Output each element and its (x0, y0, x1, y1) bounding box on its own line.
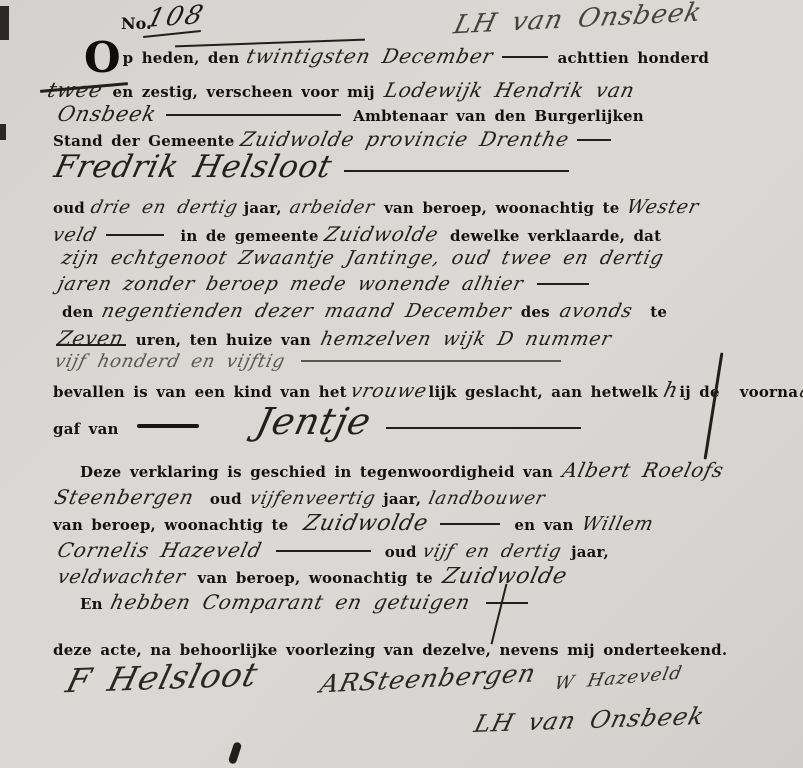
line-municipality-seg-1: Zuidwolde provincie Drenthe (238, 127, 572, 151)
line-child-name-seg-0: gaf van (53, 420, 119, 438)
line-witness2-name-seg-0: Cornelis Hazeveld (55, 538, 264, 562)
line-birthdate-1-seg-3: avonds (557, 300, 635, 322)
line-opening-seg-3 (502, 56, 548, 58)
line-birthdate-2-seg-2: hemzelven wijk D nummer (318, 328, 613, 350)
line-opening-seg-1: p heden, den (123, 49, 240, 67)
line-year: tweeen zestig, verscheen voor mijLodewij… (48, 78, 634, 102)
line-declarant-residence-seg-2: in de gemeente (180, 227, 318, 245)
line-house-number-seg-0: vijf honderd en vijftig (53, 351, 288, 372)
line-witness-intro: Deze verklaring is geschied in tegenwoor… (80, 458, 724, 482)
line-witness1-residence-seg-4: Willem (579, 513, 656, 535)
line-witness1-residence-seg-3: en van (514, 516, 573, 534)
line-closing-1-seg-1: hebben Comparant en getuigen (108, 590, 473, 614)
line-witness1-residence-seg-2 (440, 523, 500, 525)
line-birthdate-1-seg-4: te (650, 303, 667, 321)
line-witness1-details: Steenbergenoudvijfenveertigjaar,landbouw… (55, 485, 545, 509)
line-witness2-name: Cornelis Hazeveldoudvijf en dertigjaar, (58, 538, 609, 562)
line-birthdate-1: dennegentienden dezer maand Decemberdesa… (62, 300, 667, 322)
line-year-seg-2: Lodewijk Hendrik van (382, 78, 637, 102)
signature-registrar-bottom: LH van Onsbeek (471, 702, 707, 738)
line-registrar-name-seg-1 (166, 114, 341, 116)
line-witness1-details-seg-0: Steenbergen (52, 485, 196, 509)
line-closing-2: deze acte, na behoorlijke voorlezing van… (53, 640, 727, 659)
line-declarant-name-seg-1 (344, 170, 569, 172)
line-declarant-name: Fredrik Helsloot (55, 149, 569, 185)
line-opening-seg-2: twintigsten December (245, 44, 497, 68)
document-page: No. 108 LH van Onsbeek Op heden, dentwin… (0, 0, 803, 768)
line-mother-1-seg-0: zijn echtgenoot Zwaantje Jantinge, oud t… (59, 247, 666, 269)
line-witness1-details-seg-3: jaar, (383, 490, 421, 508)
signature-registrar-top: LH van Onsbeek (451, 0, 705, 40)
line-mother-2: jaren zonder beroep mede wonende alhier (58, 273, 589, 295)
line-declarant-details-seg-1: drie en dertig (89, 197, 241, 218)
line-witness1-residence-seg-1: Zuidwolde (301, 511, 431, 536)
line-witness-intro-seg-1: Albert Roelofs (560, 458, 726, 482)
line-closing-1-seg-0: En (80, 595, 103, 613)
line-declarant-residence: veldin de gemeenteZuidwoldedewelke verkl… (53, 222, 661, 246)
line-child-sex: bevallen is van een kind van hetvrouweli… (53, 378, 803, 402)
line-registrar-name-seg-2: Ambtenaar van den Burgerlijken (353, 107, 644, 125)
line-declarant-residence-seg-4: dewelke verklaarde, dat (450, 227, 661, 245)
line-birthdate-1-seg-2: des (521, 303, 550, 321)
line-municipality-seg-0: Stand der Gemeente (53, 132, 235, 150)
line-witness1-details-seg-2: vijfenveertig (247, 488, 377, 509)
record-number-value: 108 (144, 0, 208, 34)
line-declarant-residence-seg-3: Zuidwolde (322, 222, 441, 246)
line-declarant-name-seg-0: Fredrik Helsloot (51, 149, 336, 185)
line-opening: Op heden, dentwintigsten Decemberachttie… (84, 44, 709, 68)
line-child-sex-seg-2: lijk geslacht, aan hetwelk (429, 383, 658, 401)
line-declarant-details-seg-4: van beroep, woonachtig te (384, 199, 619, 217)
line-municipality-seg-2 (577, 139, 611, 141)
line-witness1-residence: van beroep, woonachtig teZuidwoldeen van… (53, 511, 653, 536)
line-witness2-name-seg-1 (276, 550, 371, 552)
line-witness1-details-seg-1: oud (210, 490, 242, 508)
line-child-sex-seg-0: bevallen is van een kind van het (53, 383, 347, 401)
line-house-number-seg-1 (301, 360, 561, 362)
line-mother-2-seg-1 (537, 283, 589, 285)
line-witness2-name-seg-3: vijf en dertig (420, 541, 563, 562)
line-opening-seg-0: O (84, 33, 121, 82)
line-birthdate-1-seg-0: den (62, 303, 94, 321)
line-registrar-name: OnsbeekAmbtenaar van den Burgerlijken (58, 102, 644, 126)
line-closing-1-seg-2 (486, 602, 528, 604)
line-child-sex-seg-5: voorna (740, 383, 798, 401)
line-declarant-details-seg-2: jaar, (244, 199, 282, 217)
line-witness2-residence: veldwachtervan beroep, woonachtig teZuid… (58, 564, 567, 589)
line-declarant-residence-seg-0: veld (50, 224, 99, 246)
line-closing-1: Enhebben Comparant en getuigen (80, 590, 528, 614)
line-year-seg-1: en zestig, verscheen voor mij (112, 83, 374, 101)
line-child-sex-seg-6: am (798, 380, 803, 402)
line-mother-2-seg-0: jaren zonder beroep mede wonende alhier (55, 273, 525, 295)
line-declarant-details-seg-3: arbeider (287, 197, 376, 218)
line-declarant-details: ouddrie en dertigjaar,arbeidervan beroep… (53, 196, 699, 218)
line-witness2-name-seg-2: oud (385, 543, 417, 561)
line-declarant-details-seg-0: oud (53, 199, 85, 217)
line-child-name-seg-3 (386, 427, 581, 429)
line-child-name: gaf vanJentje (53, 400, 581, 443)
line-witness-intro-seg-0: Deze verklaring is geschied in tegenwoor… (80, 463, 553, 481)
line-witness1-residence-seg-0: van beroep, woonachtig te (53, 516, 288, 534)
line-municipality: Stand der GemeenteZuidwolde provincie Dr… (53, 127, 611, 151)
pen-underline-zeven (56, 344, 126, 346)
ink-blot-bottom-left (228, 741, 242, 764)
signature-witness-2: W Hazeveld (553, 663, 685, 695)
line-child-name-seg-1 (137, 424, 199, 428)
line-declarant-details-seg-5: Wester (625, 196, 702, 218)
line-birthdate-1-seg-1: negentienden dezer maand December (99, 300, 513, 322)
line-house-number: vijf honderd en vijftig (55, 351, 561, 372)
line-birthdate-2-seg-0: Zeven (55, 326, 126, 350)
signature-witness-1: ARSteenbergen (317, 658, 539, 698)
line-witness2-residence-seg-0: veldwachter (55, 566, 188, 588)
line-opening-seg-4: achttien honderd (558, 49, 709, 67)
scan-edge-mark-mid (0, 124, 6, 140)
line-registrar-name-seg-0: Onsbeek (55, 102, 159, 126)
line-birthdate-2: Zevenuren, ten huize vanhemzelven wijk D… (58, 326, 611, 350)
pen-flourish-right-margin (704, 352, 724, 459)
line-closing-2-seg-0: deze acte, na behoorlijke voorlezing van… (53, 641, 727, 659)
line-mother-1: zijn echtgenoot Zwaantje Jantinge, oud t… (62, 247, 664, 269)
line-declarant-residence-seg-1 (106, 234, 164, 236)
line-birthdate-2-seg-1: uren, ten huize van (136, 331, 311, 349)
line-child-sex-seg-1: vrouwe (348, 380, 429, 402)
signature-declarant: F Helsloot (62, 655, 262, 701)
line-child-name-seg-2: Jentje (252, 400, 376, 443)
line-witness1-details-seg-4: landbouwer (427, 488, 548, 509)
scan-edge-mark-top (0, 6, 9, 40)
line-witness2-residence-seg-1: van beroep, woonachtig te (197, 569, 432, 587)
line-witness2-name-seg-4: jaar, (571, 543, 609, 561)
